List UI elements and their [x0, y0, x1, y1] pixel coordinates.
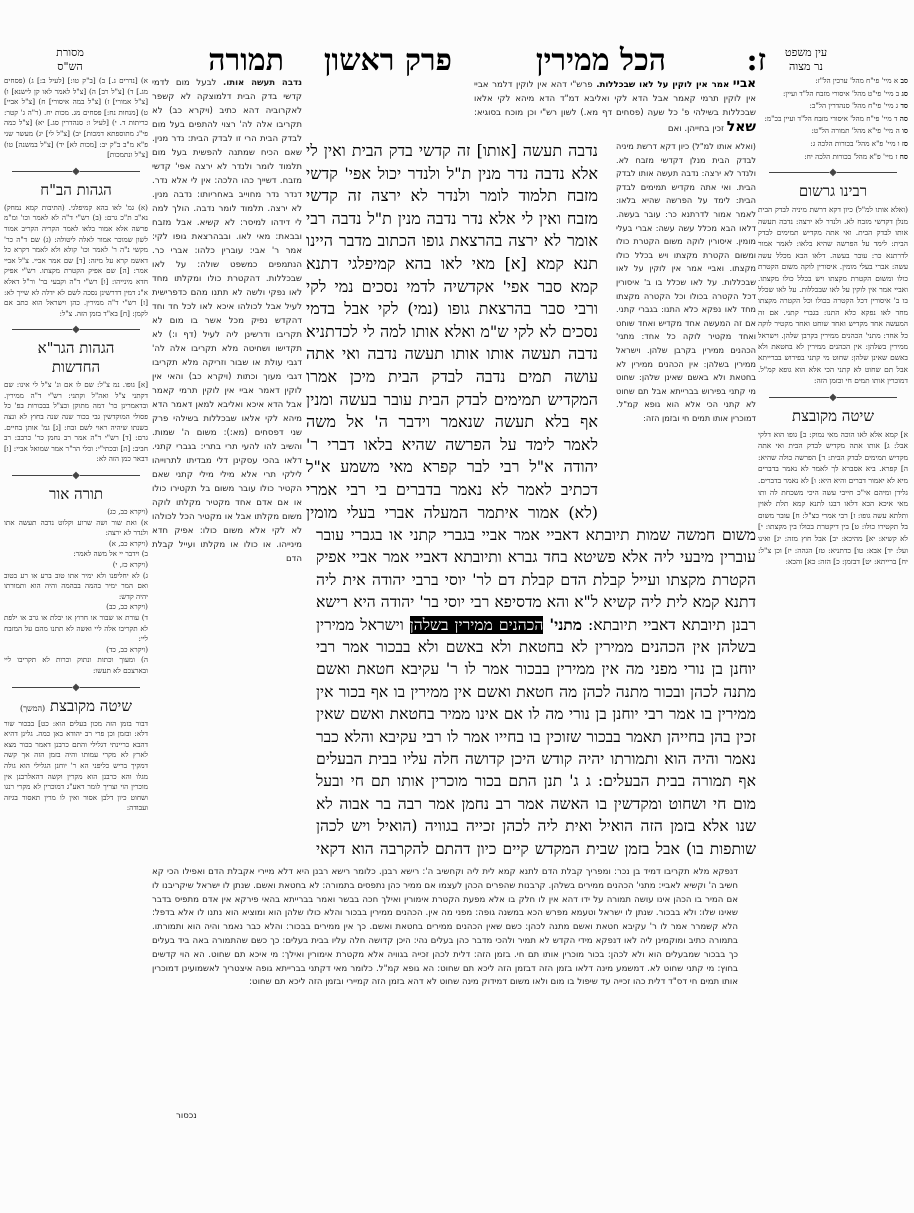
rabbeinu-gershom-title: רבינו גרשום — [758, 182, 908, 201]
masoret-hashas-text: א) [נדרים ג.] ב) [ב"ק טו:] [לעיל ב:] ג) … — [4, 76, 148, 161]
catchword: נכסור — [176, 1110, 197, 1124]
ein-mishpat-entry: סח ז מיי' פ"א מהל' בכורות הלכה יח: — [758, 152, 908, 163]
verse-ref: (ויקרא כב, כד) — [4, 645, 148, 656]
shita-mekubetzet-text: א] קמא אלא לאו הוכה מאי נמוק: ב] גופו הו… — [758, 429, 908, 568]
folio-number: ז: — [747, 44, 766, 78]
hagahot-hagra-title: הגהות הגר"א — [4, 339, 148, 358]
ornament-divider: ◆ — [4, 471, 148, 481]
left-margin: א) [נדרים ג.] ב) [ב"ק טו:] [לעיל ב:] ג) … — [4, 76, 148, 814]
ein-mishpat-entry: סו ה מיי' פי"א מהל' תמורה הל"ט: — [758, 126, 908, 137]
shita-mekubetzet-left-text: דבור בזמן הזה מכון בעלים הוא: כט] בבכור … — [4, 719, 148, 814]
hagahot-hagra-text: [א] גופו. נמ צ"ל: שם לו אם ונ' צ"ל לי אי… — [4, 380, 148, 465]
torah-or-title: תורה אור — [4, 485, 148, 504]
gemara-wide-block: משום חמשה שמות תיובתא דאביי אמר אביי בגב… — [316, 524, 756, 858]
verse: ה) ומעוך וכתות ונתוק וכרות לא תקריבו ליי… — [4, 655, 148, 676]
right-margin: סב א מיי' פי"ח מהל' ערכין הל"ז: סג ב מיי… — [758, 76, 908, 568]
ornament-divider: ◆ — [4, 167, 148, 177]
ner-mitzvah-label: נר מצוה — [776, 60, 836, 74]
hagahot-hagra-subtitle: החדשות — [4, 358, 148, 377]
ein-mishpat-entry: סד ג מיי' פי"ח מהל' סנהדרין הל"ב: — [758, 101, 908, 112]
torah-or-verses: (ויקרא כב, כג) א) ואת שור ושה שרוע וקלוט… — [4, 507, 148, 677]
ornament-divider: ◆ — [758, 393, 908, 403]
verse-ref: (ויקרא כב, כב) — [4, 602, 148, 613]
masoret-header: מסורת הש"ס — [40, 46, 100, 74]
rashi-left-column: נדבה תעשה אותו. לבעל מום לדמי קדשי בדק ה… — [152, 76, 302, 856]
ein-mishpat-entry: סב א מיי' פי"ח מהל' ערכין הל"ז: — [758, 76, 908, 87]
ein-mishpat-entry: סה ד מיי' פי"ח מהל' איסורי מזבח הל"ד ועי… — [758, 114, 908, 125]
chapter-name: הכל ממירין — [536, 44, 666, 78]
ein-mishpat-entry: סג ב מיי' פי"ט מהל' איסורי מזבח הל"ד ועי… — [758, 89, 908, 100]
verse-ref: (ויקרא כז, י) — [4, 560, 148, 571]
chapter-number: פרק ראשון — [324, 44, 452, 78]
ein-mishpat-header: עין משפט נר מצוה — [776, 46, 836, 74]
ornament-divider: ◆ — [4, 325, 148, 335]
tractate-name: תמורה — [208, 44, 284, 78]
verse: ד) עורת או שבור או חרוץ או יבלת או גרב א… — [4, 613, 148, 645]
gemara-main-column: נדבה תעשה [אותו] זה קדשי בדק הבית ואין ל… — [306, 140, 598, 524]
ein-mishpat-entry: סז ו מיי' פ"א מהל' בכורות הלכה ג: — [758, 139, 908, 150]
verse-ref: (ויקרא כב, א) — [4, 539, 148, 550]
ornament-divider: ◆ — [758, 168, 908, 178]
verse-ref: (ויקרא כב, כג) — [4, 507, 148, 518]
mishnah-marker: מתני' — [549, 615, 582, 634]
hashas-label: הש"ס — [40, 60, 100, 74]
verse: א) ואת שור ושה שרוע וקלוט נדבה תעשה אתו … — [4, 518, 148, 539]
shita-mekubetzet-left-title: שיטה מקובצת (המשך) — [4, 697, 148, 716]
selected-text-highlight[interactable]: הכהנים ממירין בשלהן — [410, 616, 544, 634]
ein-mishpat-label: עין משפט — [776, 46, 836, 60]
verse: ג) לא יחליפנו ולא ימיר אתו טוב ברע או רע… — [4, 571, 148, 603]
tosafot-block: דנפקא מלא תקריבו דמיד בן נכר: ומפריך קבל… — [152, 866, 738, 1096]
ein-mishpat: סב א מיי' פי"ח מהל' ערכין הל"ז: סג ב מיי… — [758, 76, 908, 162]
masoret-label: מסורת — [40, 46, 100, 60]
rabbeinu-gershom-text: (ואלא אותו למ"ל) כיון דקא דרשת מיניה לבד… — [758, 204, 908, 387]
hagahot-habach-title: הגהות הב"ח — [4, 181, 148, 200]
rashi-right-column: (ואלא אותו למ"ל) כיון דקא דרשת מיניה לבד… — [616, 140, 756, 524]
hagahot-habach-text: (א) גמ' לאו בהא קמיפלגי. (התיבות קמא נמח… — [4, 203, 148, 320]
rashi-top-right: אביי אמר אין לוקין על לאו שבכללות. פרש"י… — [474, 76, 756, 136]
verse: ב) וידבר יי אל משה לאמר: — [4, 549, 148, 560]
shita-mekubetzet-title: שיטה מקובצת — [758, 407, 908, 426]
ornament-divider: ◆ — [4, 683, 148, 693]
gemara-opening-word: אביי — [733, 76, 756, 90]
